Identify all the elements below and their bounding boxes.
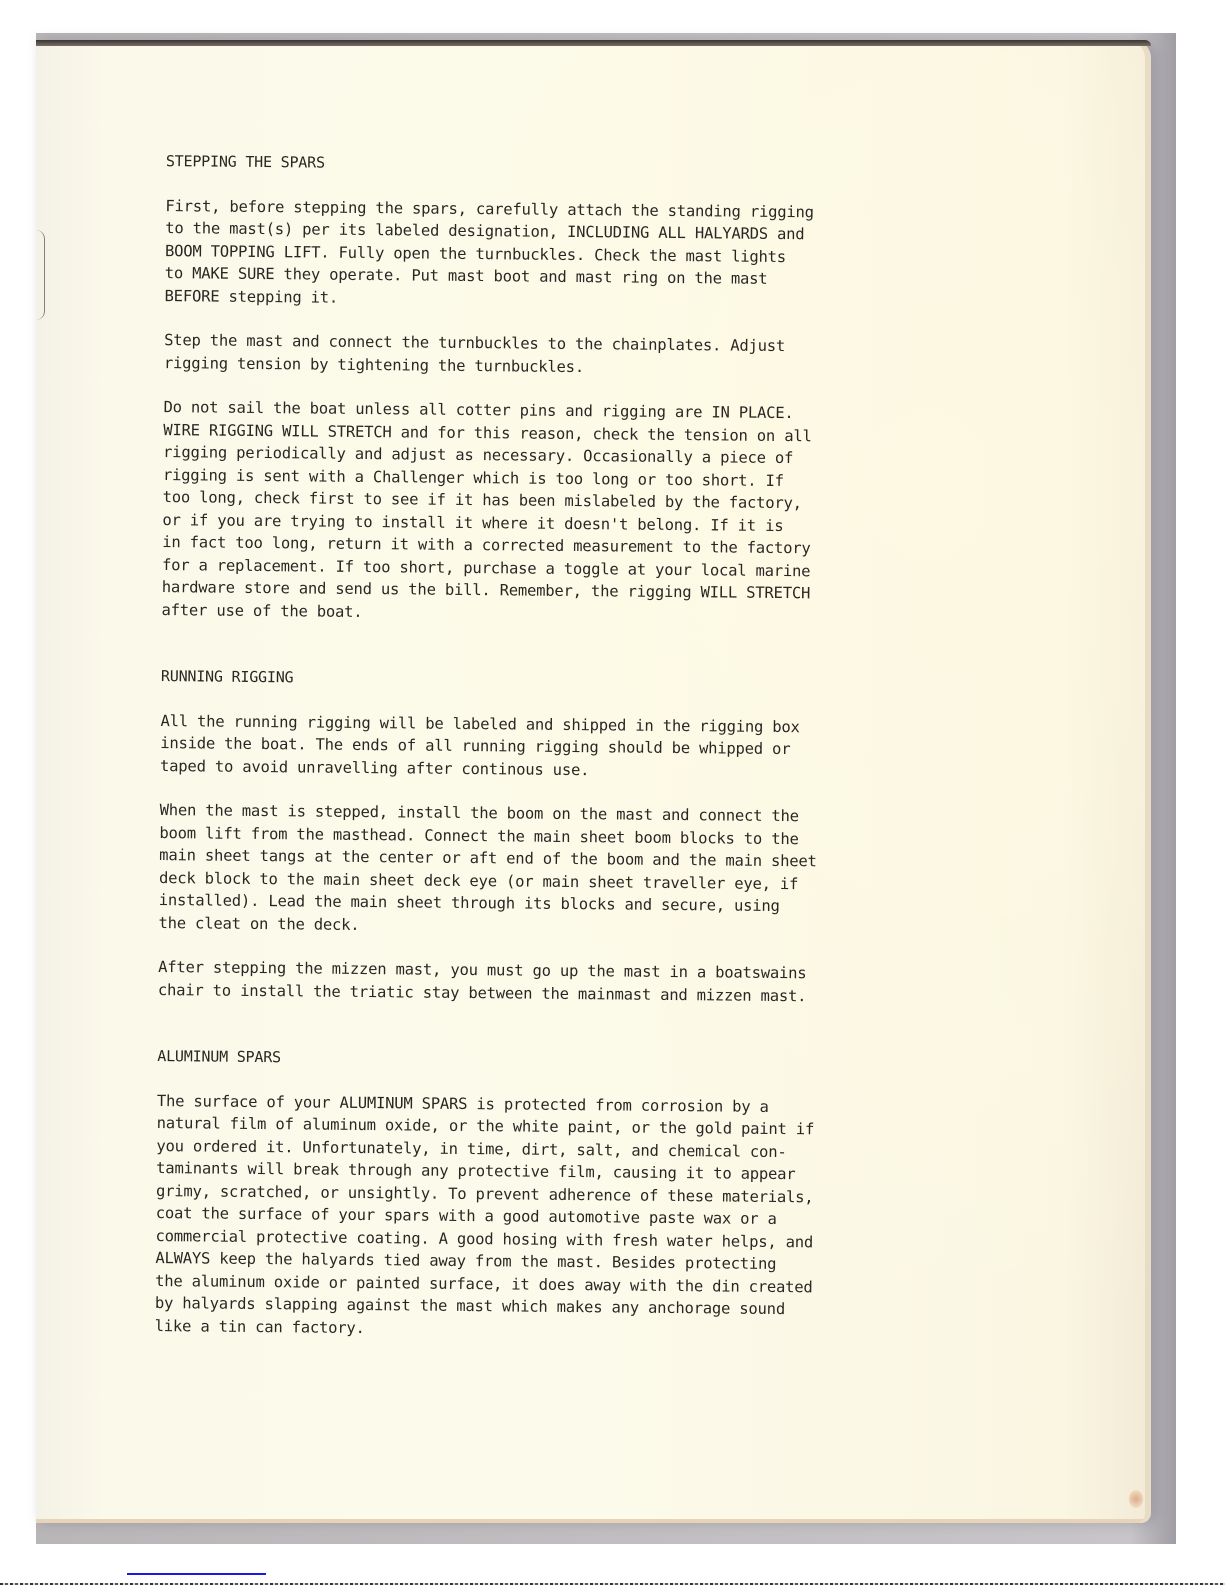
paragraph: All the running rigging will be labeled … — [160, 710, 973, 785]
paragraph: First, before stepping the spars, carefu… — [164, 195, 977, 315]
paragraph: Step the mast and connect the turnbuckle… — [164, 329, 976, 382]
paragraph: After stepping the mizzen mast, you must… — [158, 956, 970, 1009]
paragraph: The surface of your ALUMINUM SPARS is pr… — [155, 1090, 969, 1345]
binding-mark — [36, 230, 45, 320]
document-body: STEPPING THE SPARS First, before steppin… — [146, 150, 978, 1367]
section-aluminum-spars: ALUMINUM SPARS The surface of your ALUMI… — [147, 1045, 970, 1345]
section-stepping-the-spars: STEPPING THE SPARS First, before steppin… — [153, 150, 977, 629]
section-running-rigging: RUNNING RIGGING All the running rigging … — [150, 665, 973, 1009]
paragraph: When the mast is stepped, install the bo… — [158, 799, 971, 942]
paragraph: Do not sail the boat unless all cotter p… — [161, 396, 975, 629]
page-link-underline[interactable] — [127, 1573, 266, 1575]
paper-stain — [1129, 1490, 1143, 1508]
